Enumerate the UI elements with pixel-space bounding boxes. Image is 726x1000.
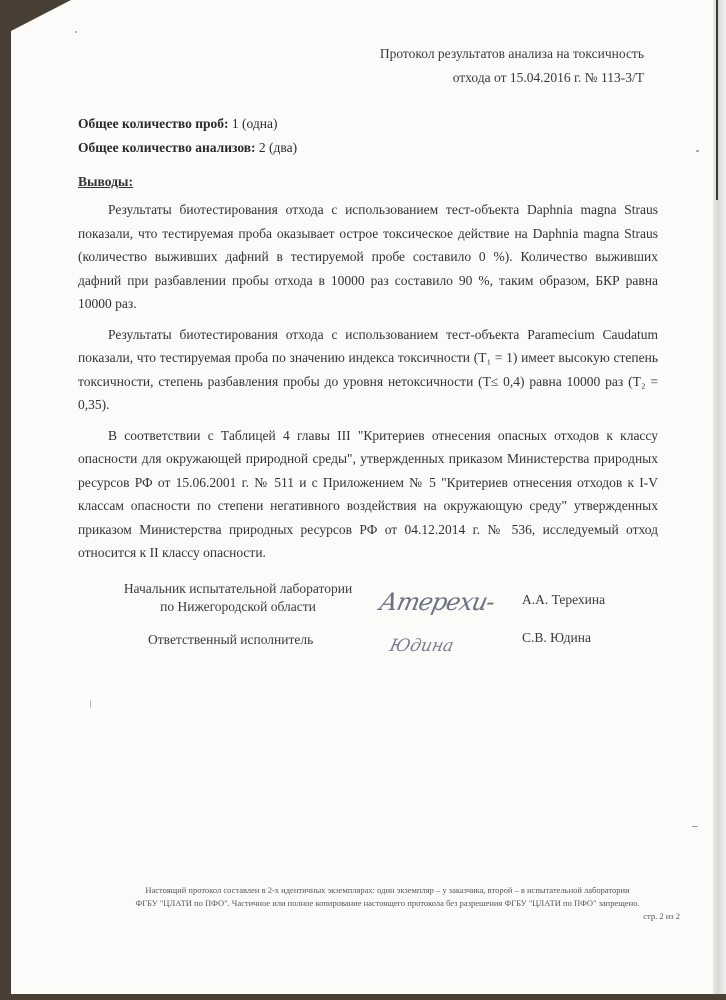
scan-bottom-edge [0,994,726,1000]
lab-head-role: Начальник испытательной лаборатории по Н… [118,580,358,616]
scan-edge-shadow [713,0,726,1000]
analyses-value: 2 (два) [259,140,297,155]
document-footer: Настоящий протокол составлен в 2-х идент… [95,884,680,923]
header-subtitle: отхода от 15.04.2016 г. № 113-3/Т [380,66,644,90]
page-number: стр. 2 из 2 [95,910,680,923]
executor-signature: Юдина [388,636,456,656]
scan-speck [696,150,699,152]
conclusions-body: Результаты биотестирования отхода с испо… [78,198,658,572]
scan-speck [90,700,91,708]
summary-block: Общее количество проб: 1 (одна) Общее ко… [78,112,297,160]
document-header: Протокол результатов анализа на токсично… [380,42,644,90]
lab-head-signature: Атерехи- [377,588,497,616]
samples-label: Общее количество проб: [78,116,229,131]
conclusions-title: Выводы: [78,174,133,190]
scan-speck [75,31,77,33]
executor-role: Ответственный исполнитель [148,632,313,648]
samples-value: 1 (одна) [232,116,278,131]
analyses-count: Общее количество анализов: 2 (два) [78,136,297,160]
samples-count: Общее количество проб: 1 (одна) [78,112,297,136]
footer-line2: ФГБУ "ЦЛАТИ по ПФО". Частичное или полно… [95,897,680,910]
header-title: Протокол результатов анализа на токсично… [380,42,644,66]
footer-line1: Настоящий протокол составлен в 2-х идент… [95,884,680,897]
conclusion-paragraph-daphnia: Результаты биотестирования отхода с испо… [78,198,658,316]
scan-speck [692,826,698,827]
lab-head-name: А.А. Терехина [522,592,605,608]
signature-block: Начальник испытательной лаборатории по Н… [90,580,650,670]
analyses-label: Общее количество анализов: [78,140,256,155]
lab-head-role-line1: Начальник испытательной лаборатории [118,580,358,598]
conclusion-paragraph-paramecium: Результаты биотестирования отхода с испо… [78,323,658,417]
conclusion-paragraph-hazard-class: В соответствии с Таблицей 4 главы III "К… [78,424,658,565]
executor-name: С.В. Юдина [522,630,591,646]
lab-head-role-line2: по Нижегородской области [118,598,358,616]
